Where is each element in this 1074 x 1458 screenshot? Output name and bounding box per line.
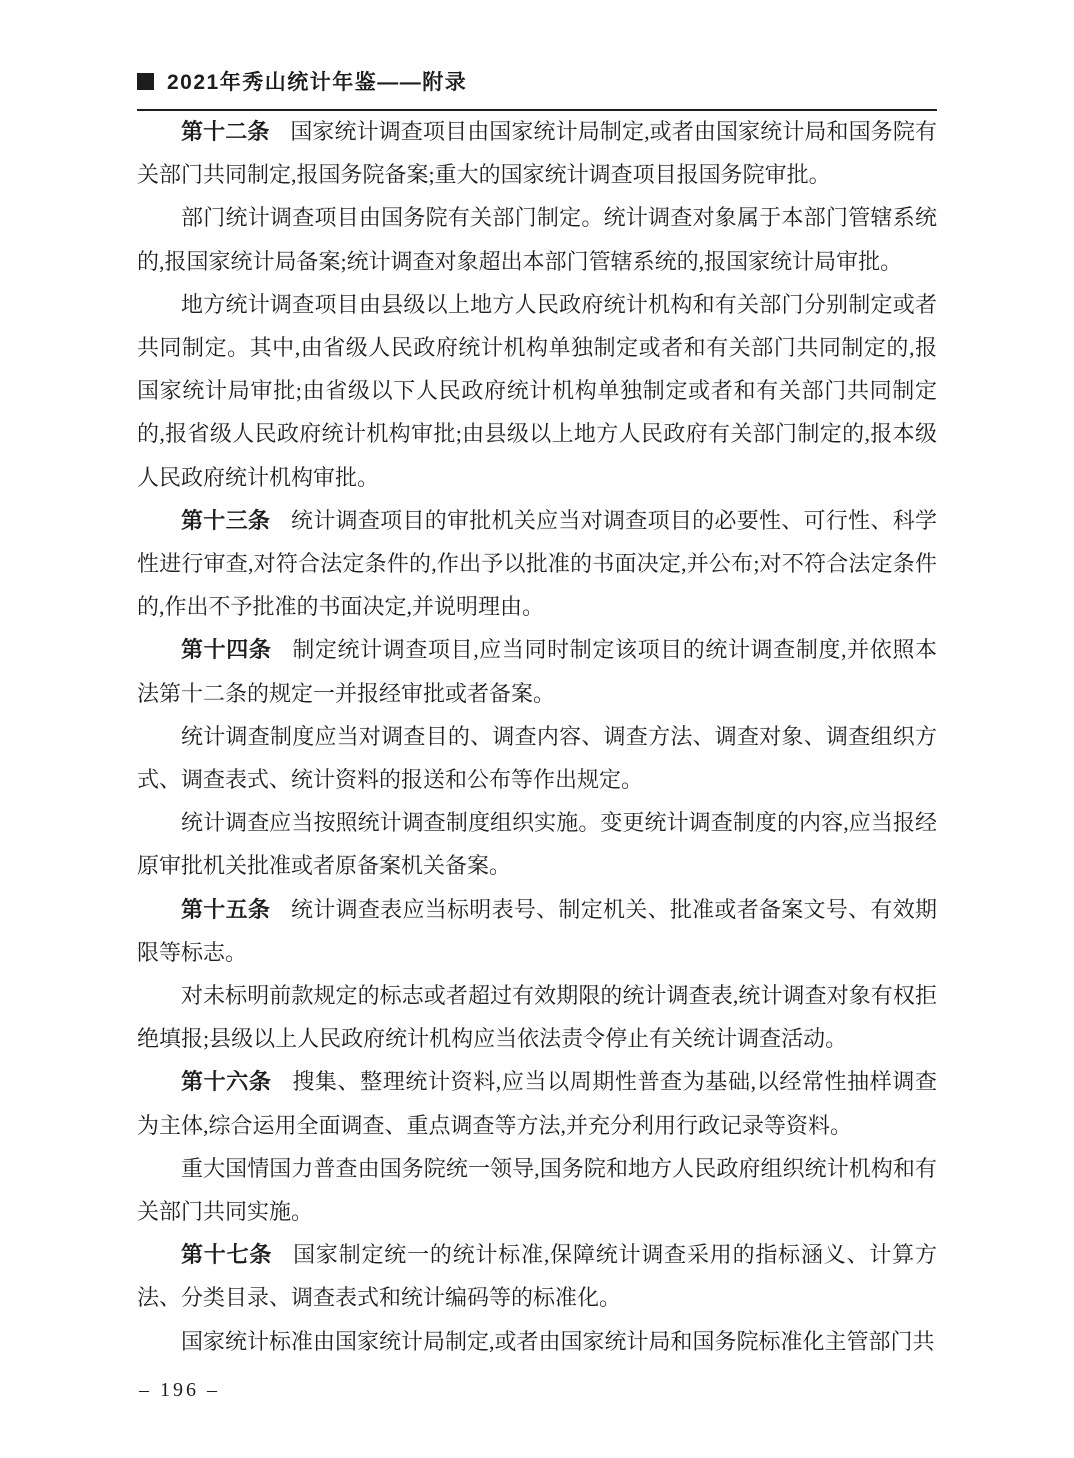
page-footer: – 196 – (139, 1379, 220, 1402)
article-number: 第十七条 (181, 1242, 272, 1267)
page-header: 2021年秀山统计年鉴——附录 (137, 66, 937, 111)
paragraph: 第十七条国家制定统一的统计标准,保障统计调查采用的指标涵义、计算方法、分类目录、… (137, 1233, 937, 1319)
paragraph-text: 对未标明前款规定的标志或者超过有效期限的统计调查表,统计调查对象有权拒绝填报;县… (137, 983, 937, 1051)
paragraph: 部门统计调查项目由国务院有关部门制定。统计调查对象属于本部门管辖系统的,报国家统… (137, 196, 937, 282)
page-title: 2021年秀山统计年鉴——附录 (167, 66, 467, 96)
paragraph-text: 统计调查应当按照统计调查制度组织实施。变更统计调查制度的内容,应当报经原审批机关… (137, 810, 937, 878)
article-body: 第十二条国家统计调查项目由国家统计局制定,或者由国家统计局和国务院有关部门共同制… (137, 110, 937, 1363)
paragraph: 地方统计调查项目由县级以上地方人民政府统计机构和有关部门分别制定或者共同制定。其… (137, 283, 937, 499)
paragraph-text: 统计调查制度应当对调查目的、调查内容、调查方法、调查对象、调查组织方式、调查表式… (137, 724, 937, 792)
paragraph: 第十三条统计调查项目的审批机关应当对调查项目的必要性、可行性、科学性进行审查,对… (137, 499, 937, 629)
paragraph: 第十四条制定统计调查项目,应当同时制定该项目的统计调查制度,并依照本法第十二条的… (137, 628, 937, 714)
paragraph-text: 重大国情国力普查由国务院统一领导,国务院和地方人民政府组织统计机构和有关部门共同… (137, 1156, 937, 1224)
paragraph-text: 国家统计标准由国家统计局制定,或者由国家统计局和国务院标准化主管部门共 (181, 1329, 935, 1354)
article-number: 第十四条 (181, 637, 271, 662)
black-square-icon (137, 73, 154, 90)
paragraph: 第十二条国家统计调查项目由国家统计局制定,或者由国家统计局和国务院有关部门共同制… (137, 110, 937, 196)
article-number: 第十三条 (181, 508, 270, 533)
paragraph: 重大国情国力普查由国务院统一领导,国务院和地方人民政府组织统计机构和有关部门共同… (137, 1147, 937, 1233)
paragraph-text: 部门统计调查项目由国务院有关部门制定。统计调查对象属于本部门管辖系统的,报国家统… (137, 205, 937, 273)
paragraph: 第十六条搜集、整理统计资料,应当以周期性普查为基础,以经常性抽样调查为主体,综合… (137, 1060, 937, 1146)
paragraph: 国家统计标准由国家统计局制定,或者由国家统计局和国务院标准化主管部门共 (137, 1320, 937, 1363)
paragraph: 第十五条统计调查表应当标明表号、制定机关、批准或者备案文号、有效期限等标志。 (137, 888, 937, 974)
article-number: 第十五条 (181, 897, 270, 922)
article-number: 第十二条 (181, 119, 269, 144)
paragraph-text: 地方统计调查项目由县级以上地方人民政府统计机构和有关部门分别制定或者共同制定。其… (137, 292, 937, 490)
paragraph: 对未标明前款规定的标志或者超过有效期限的统计调查表,统计调查对象有权拒绝填报;县… (137, 974, 937, 1060)
page-number: – 196 – (139, 1379, 220, 1401)
paragraph: 统计调查制度应当对调查目的、调查内容、调查方法、调查对象、调查组织方式、调查表式… (137, 715, 937, 801)
article-number: 第十六条 (181, 1069, 271, 1094)
paragraph: 统计调查应当按照统计调查制度组织实施。变更统计调查制度的内容,应当报经原审批机关… (137, 801, 937, 887)
